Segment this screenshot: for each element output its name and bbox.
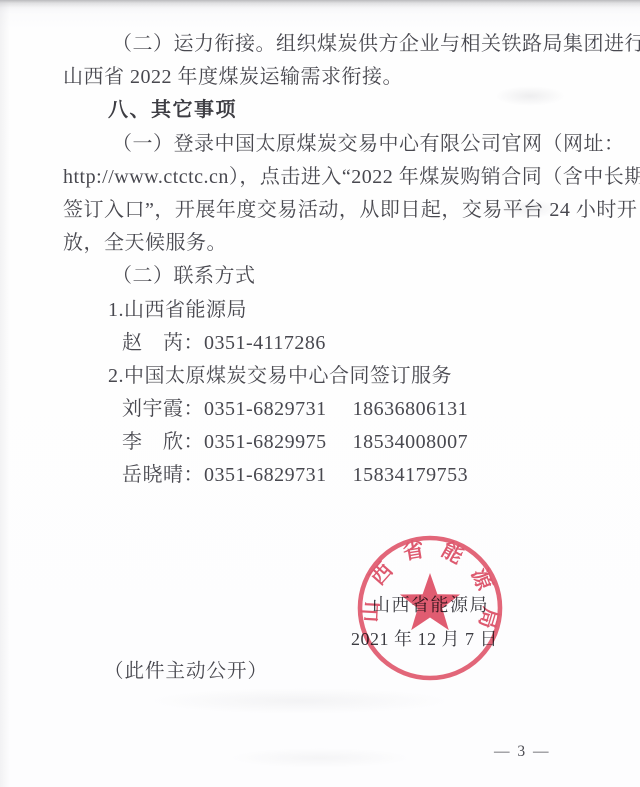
contact-org-coal-trading-center: 2.中国太原煤炭交易中心合同签订服务 <box>0 360 640 393</box>
paragraph-website-url: http://www.ctctc.cn），点击进入“2022 年煤炭购销合同（含… <box>0 161 640 194</box>
paragraph-transport-link-cont: 山西省 2022 年度煤炭运输需求衔接。 <box>0 61 640 94</box>
official-seal: 山西省能源局 <box>345 523 515 693</box>
page-number: — 3 — <box>494 743 551 761</box>
scan-smudge <box>230 748 410 768</box>
contact-person-yue-xiaoqing: 岳晓晴：0351-6829731 15834179753 <box>0 459 640 492</box>
document-body: （二）运力衔接。组织煤炭供方企业与相关铁路局集团进行 山西省 2022 年度煤炭… <box>0 28 640 493</box>
scan-edge-shadow-top <box>0 0 640 14</box>
contact-person-liu-yuxia: 刘宇霞：0351-6829731 18636806131 <box>0 393 640 426</box>
star-icon <box>400 573 460 630</box>
section-heading-other-matters: 八、其它事项 <box>0 94 640 127</box>
contact-org-energy-bureau: 1.山西省能源局 <box>0 294 640 327</box>
paragraph-contact-heading: （二）联系方式 <box>0 260 640 293</box>
contact-person-zhao-rui: 赵 芮：0351-4117286 <box>0 327 640 360</box>
paragraph-transport-link: （二）运力衔接。组织煤炭供方企业与相关铁路局集团进行 <box>0 28 640 61</box>
paragraph-website-end: 放，全天候服务。 <box>0 227 640 260</box>
paragraph-website-cont: 签订入口”，开展年度交易活动，从即日起，交易平台 24 小时开 <box>0 194 640 227</box>
disclosure-note: （此件主动公开） <box>104 655 268 683</box>
scanned-document-page: （二）运力衔接。组织煤炭供方企业与相关铁路局集团进行 山西省 2022 年度煤炭… <box>0 0 640 787</box>
paragraph-website-login: （一）登录中国太原煤炭交易中心有限公司官网（网址： <box>0 128 640 161</box>
contact-person-li-xin: 李 欣：0351-6829975 18534008007 <box>0 426 640 459</box>
